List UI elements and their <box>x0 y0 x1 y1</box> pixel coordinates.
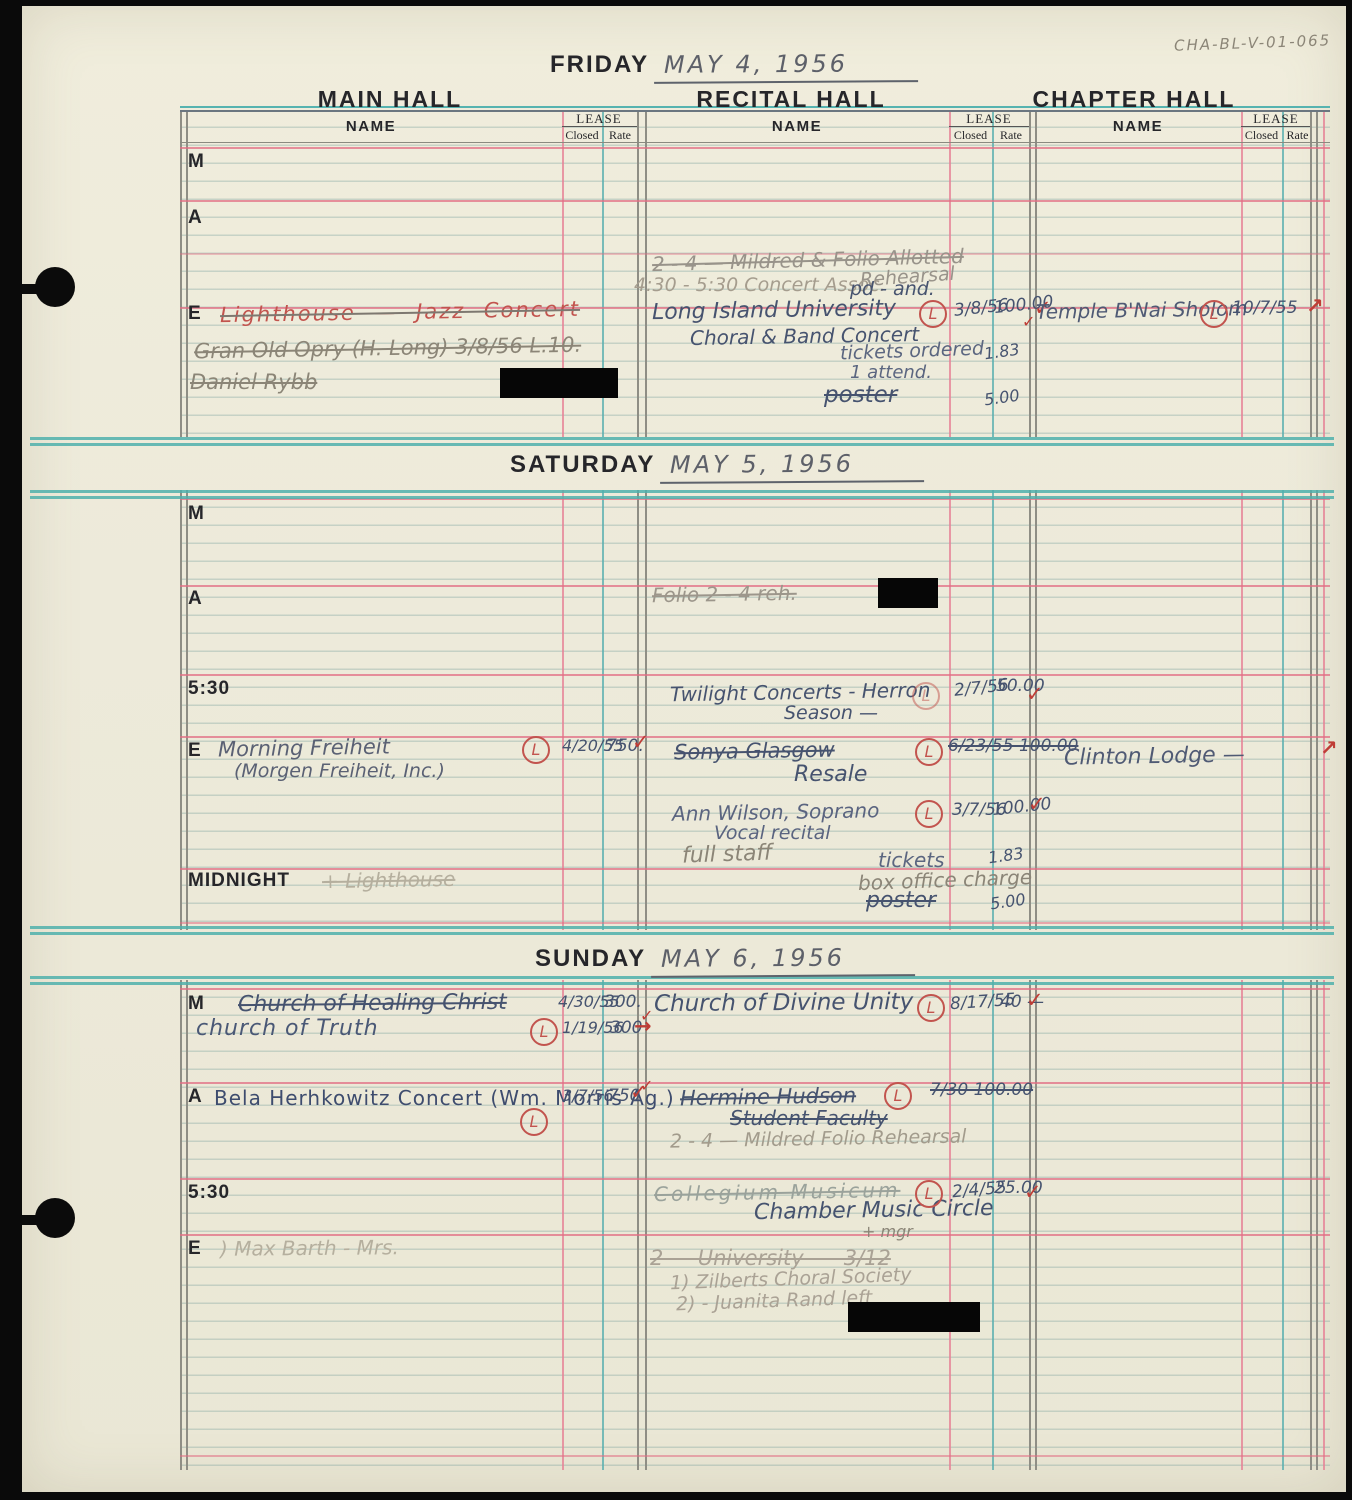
lease-symbol: L <box>522 736 550 764</box>
main-hall-title: MAIN HALL <box>280 86 500 113</box>
lease-symbol: L <box>884 1082 912 1110</box>
caret-mark: ↗ <box>1306 294 1324 318</box>
entry-long-island-university: Long Island University <box>652 296 896 325</box>
redaction-box <box>500 368 618 398</box>
lease-symbol: L <box>915 738 943 766</box>
saturday-time-m: M <box>188 503 205 525</box>
chapter-name-header: NAME <box>1038 118 1238 135</box>
redaction-box <box>878 578 938 608</box>
sunday-time-530: 5:30 <box>188 1182 230 1204</box>
check-mark: ✓ <box>1022 312 1035 331</box>
saturday-day-label: SATURDAY <box>510 451 655 478</box>
lease-symbol: L <box>915 800 943 828</box>
entry-morning-freiheit: Morning Freiheit <box>218 735 390 762</box>
punch-hole <box>35 1198 75 1238</box>
entry-glasgow-lease-struck: 6/23/55 100.00 <box>948 736 1078 756</box>
lease-symbol: L <box>915 1180 943 1208</box>
friday-time-m: M <box>188 151 205 173</box>
friday-time-a: A <box>188 207 203 229</box>
entry-bela-closed-date: 3/7/56 <box>562 1086 614 1105</box>
entry-hudson-lease-struck: 7/30 100.00 <box>930 1080 1033 1100</box>
lease-symbol: L <box>1200 300 1228 328</box>
friday-date-handwritten: MAY 4, 1956 <box>653 49 917 84</box>
entry-daniel-rybb-struck: Daniel Rybb <box>190 370 317 394</box>
recital-closed-header: Closed <box>949 128 992 143</box>
ledger-page: CHA-BL-V-01-065 FRIDAY MAY 4, 1956 MAIN … <box>22 6 1346 1492</box>
check-mark: ✓ <box>640 1006 653 1025</box>
check-mark: ✓ <box>1028 792 1046 816</box>
chapter-lease-header: LEASE <box>1226 111 1326 127</box>
friday-time-e: E <box>188 303 202 325</box>
recital-hall-title: RECITAL HALL <box>681 86 901 113</box>
sunday-time-e: E <box>188 1238 202 1260</box>
divider-line <box>30 926 1334 929</box>
punch-hole <box>35 267 75 307</box>
divider-line <box>30 982 1334 985</box>
lease-symbol: L <box>917 994 945 1022</box>
entry-concert-assoc: 4:30 - 5:30 Concert Assoc. <box>634 274 886 296</box>
recital-name-header: NAME <box>697 118 897 135</box>
saturday-title: SATURDAY MAY 5, 1956 <box>510 450 924 483</box>
entry-poster-struck: poster <box>866 888 936 913</box>
divider-line <box>30 496 1334 499</box>
lease-symbol: L <box>919 300 947 328</box>
lease-symbol: L <box>912 682 940 710</box>
divider-line <box>30 490 1334 493</box>
scan-background: CHA-BL-V-01-065 FRIDAY MAY 4, 1956 MAIN … <box>0 0 1352 1500</box>
check-mark: ✓ <box>632 730 650 754</box>
divider-line <box>30 932 1334 935</box>
saturday-time-a: A <box>188 588 203 610</box>
friday-day-label: FRIDAY <box>550 51 649 78</box>
entry-attend: 1 attend. <box>850 362 932 383</box>
redaction-box <box>848 1302 980 1332</box>
entry-church-divine-unity: Church of Divine Unity <box>654 989 913 1017</box>
sunday-day-label: SUNDAY <box>535 945 646 972</box>
recital-rate-header: Rate <box>992 128 1030 143</box>
sunday-time-m: M <box>188 993 205 1015</box>
entry-sonya-glasgow-struck: Sonya Glasgow <box>674 736 945 765</box>
entry-max-barth-faint: ) Max Barth - Mrs. <box>220 1235 399 1261</box>
entry-twilight-season: Season — <box>784 702 878 724</box>
entry-clinton-lodge: Clinton Lodge — <box>1064 742 1245 770</box>
entry-poster-struck: poster <box>824 382 897 408</box>
entry-vocal-recital: Vocal recital <box>714 822 831 844</box>
sunday-time-a: A <box>188 1086 203 1108</box>
main-name-header: NAME <box>271 118 471 135</box>
recital-lease-header: LEASE <box>939 111 1039 127</box>
entry-resale-note: Resale <box>794 762 867 787</box>
entry-plus-mgr: + mgr <box>862 1222 913 1241</box>
saturday-time-530: 5:30 <box>188 678 230 700</box>
sunday-title: SUNDAY MAY 6, 1956 <box>535 944 915 977</box>
saturday-time-e: E <box>188 740 202 762</box>
entry-church-healing-christ-struck: Church of Healing Christ <box>238 990 507 1017</box>
lease-symbol: L <box>530 1018 558 1046</box>
main-rate-header: Rate <box>602 128 638 143</box>
main-closed-header: Closed <box>562 128 602 143</box>
chapter-hall-title: CHAPTER HALL <box>1024 86 1244 113</box>
entry-morgen-freiheit-inc: (Morgen Freiheit, Inc.) <box>234 760 445 782</box>
sunday-date-handwritten: MAY 6, 1956 <box>650 943 914 978</box>
friday-title: FRIDAY MAY 4, 1956 <box>550 50 918 83</box>
check-mark: ✓ <box>1026 682 1044 706</box>
divider-line <box>30 437 1334 440</box>
check-mark: ✓ <box>640 1076 653 1095</box>
divider-line <box>30 443 1334 446</box>
check-mark: ✓ <box>1026 988 1044 1012</box>
archive-code: CHA-BL-V-01-065 <box>1174 31 1332 54</box>
caret-mark: ↗ <box>1320 736 1338 760</box>
chapter-closed-header: Closed <box>1241 128 1282 143</box>
main-lease-header: LEASE <box>549 111 649 127</box>
entry-full-staff: full staff <box>682 840 773 868</box>
entry-church-of-truth: church of Truth <box>196 1016 379 1041</box>
saturday-time-midnight: MIDNIGHT <box>188 870 290 892</box>
entry-lighthouse-faint-struck: + Lighthouse <box>322 867 456 893</box>
check-mark: ✓ <box>1024 1180 1042 1204</box>
entry-folio-reh-struck: Folio 2 - 4 reh. <box>652 581 797 608</box>
chapter-rate-header: Rate <box>1282 128 1313 143</box>
lease-symbol: L <box>520 1108 548 1136</box>
entry-healing-rate: 300. <box>604 992 642 1012</box>
saturday-date-handwritten: MAY 5, 1956 <box>660 449 924 484</box>
entry-temple-closed-date: 10/7/55 <box>1232 298 1298 318</box>
